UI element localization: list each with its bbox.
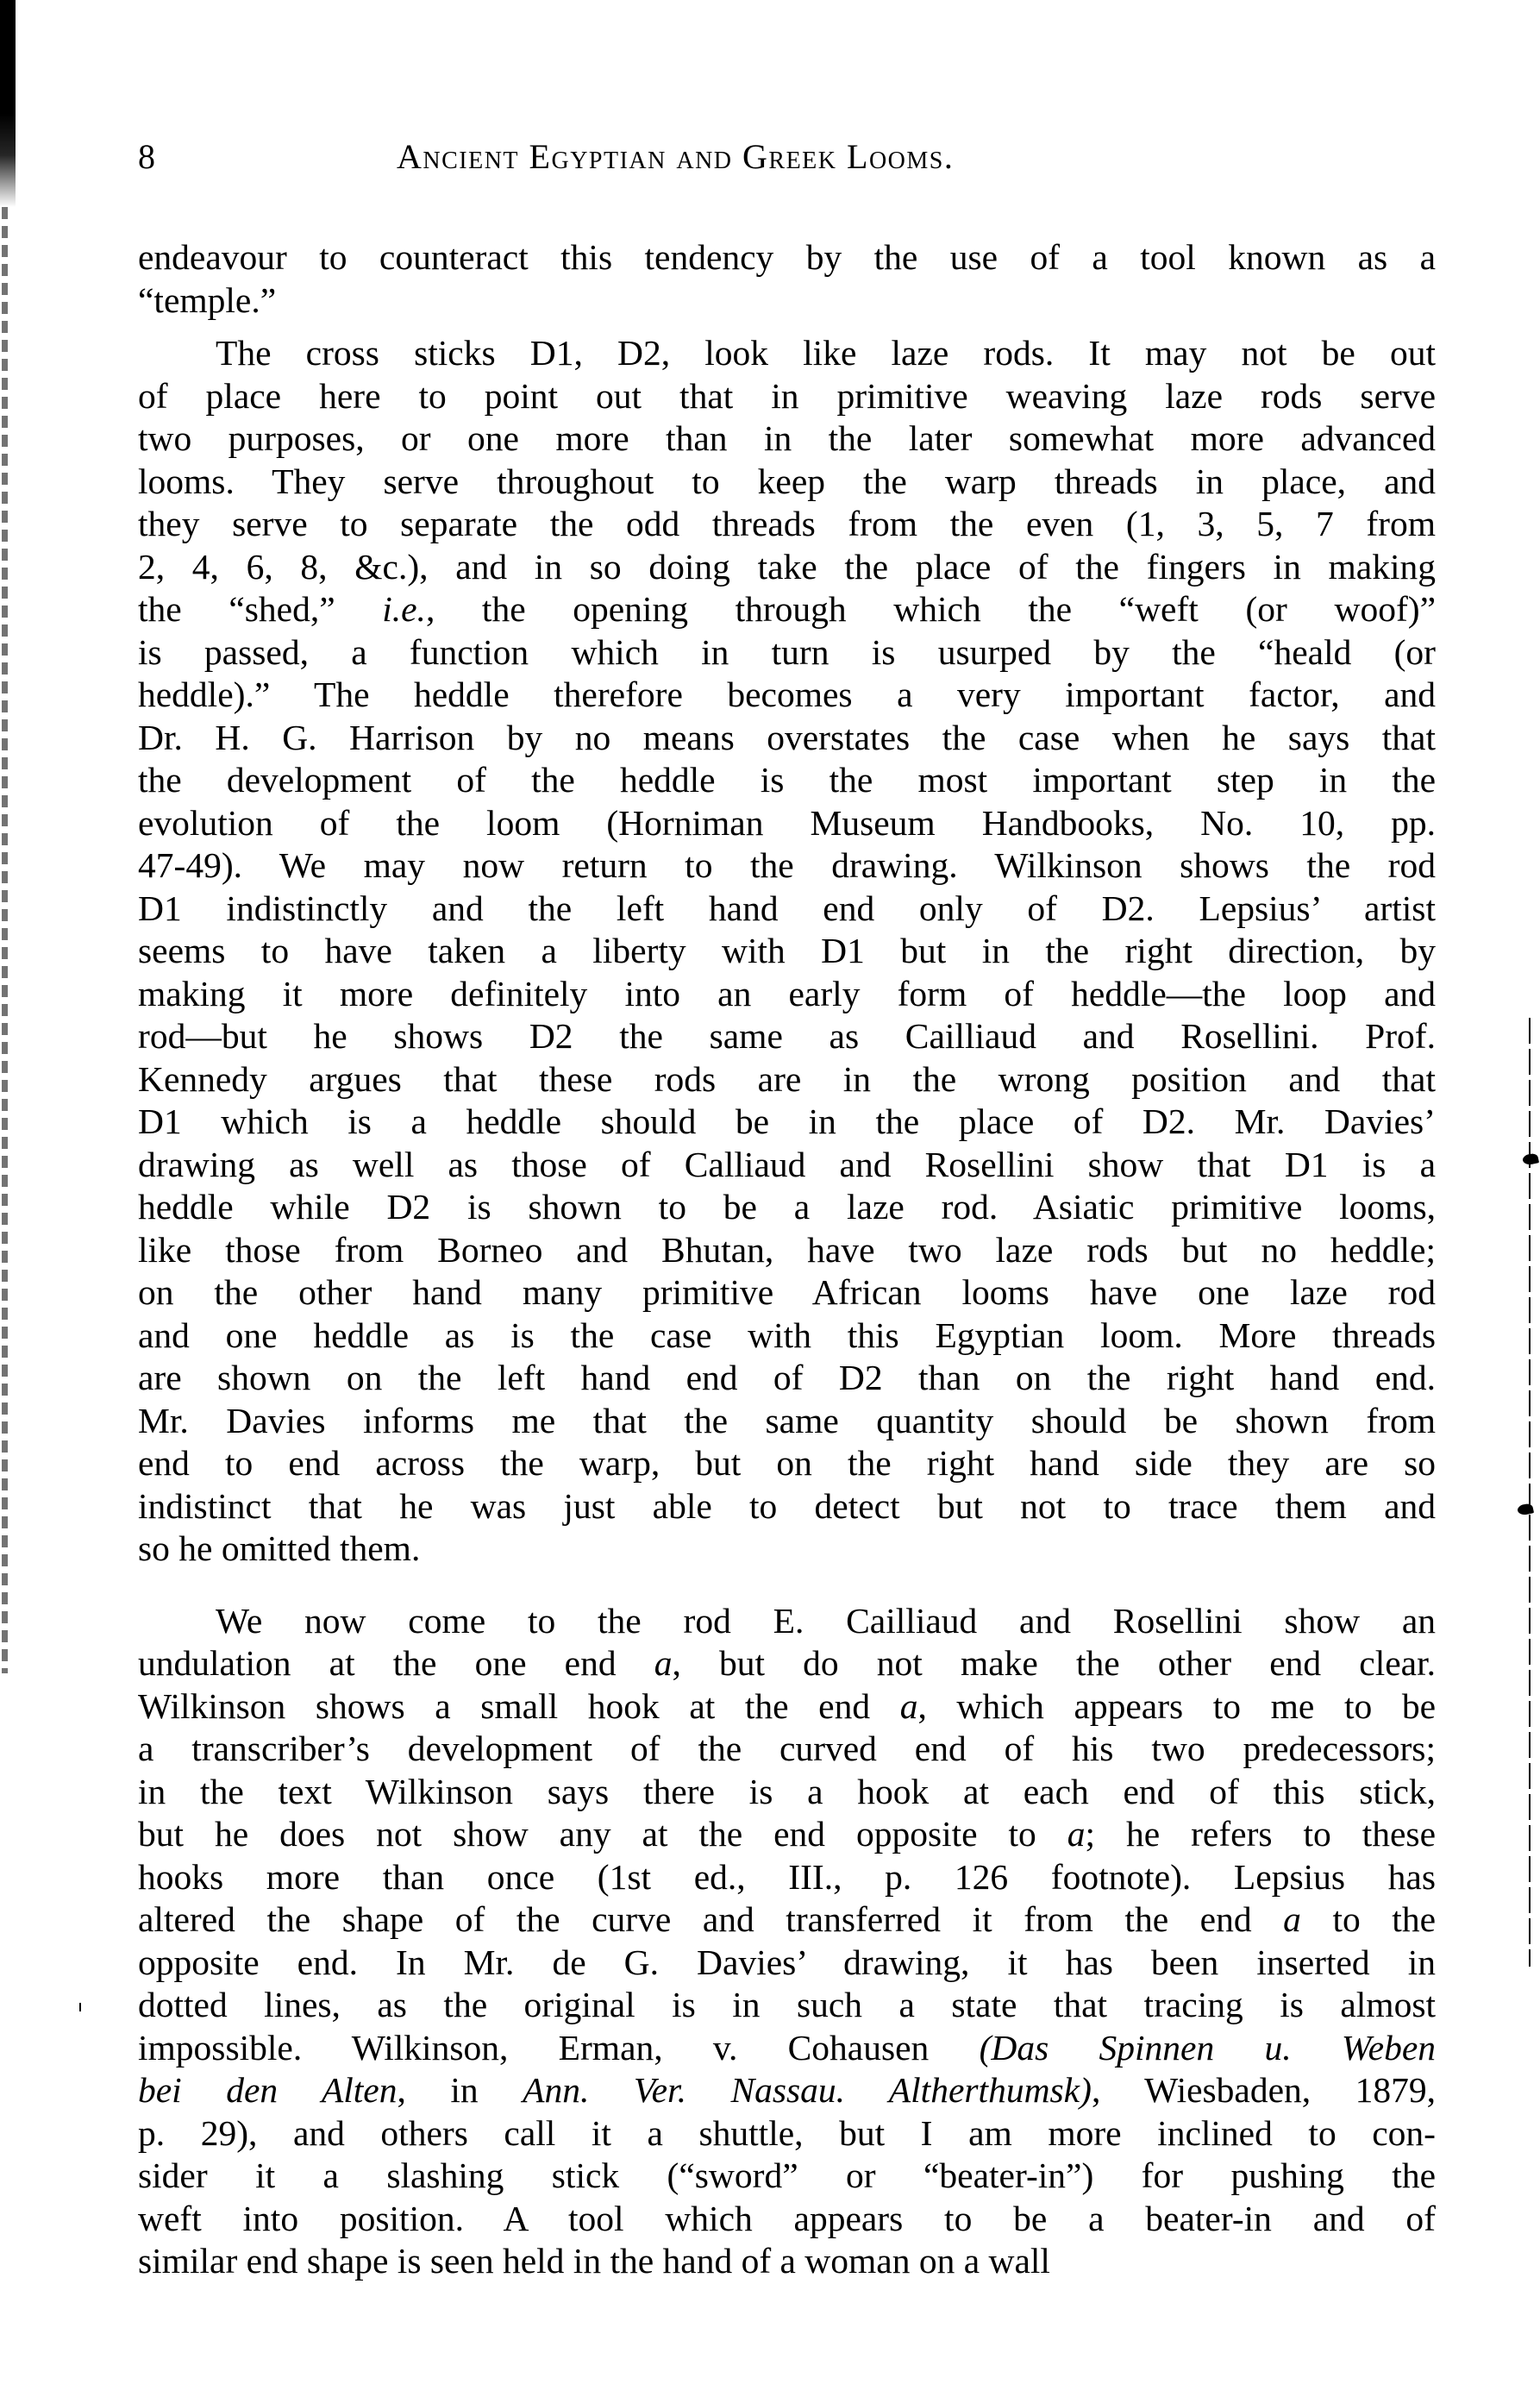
text-line: heddle while D2 is shown to be a laze ro… bbox=[138, 1186, 1436, 1229]
text-line: 47-49). We may now return to the drawing… bbox=[138, 844, 1436, 888]
paragraph: The cross sticks D1, D2, look like laze … bbox=[138, 332, 1436, 1571]
text-line: drawing as well as those of Calliaud and… bbox=[138, 1144, 1436, 1187]
text-line: bei den Alten, in Ann. Ver. Nassau. Alth… bbox=[138, 2069, 1436, 2112]
text-line: the “shed,” i.e., the opening through wh… bbox=[138, 588, 1436, 631]
text-line: of place here to point out that in primi… bbox=[138, 375, 1436, 418]
text-line: the development of the heddle is the mos… bbox=[138, 759, 1436, 802]
text-line: impossible. Wilkinson, Erman, v. Cohause… bbox=[138, 2027, 1436, 2070]
text-line: like those from Borneo and Bhutan, have … bbox=[138, 1229, 1436, 1272]
text-line: they serve to separate the odd threads f… bbox=[138, 503, 1436, 546]
text-line: making it more definitely into an early … bbox=[138, 973, 1436, 1016]
text-line: evolution of the loom (Horniman Museum H… bbox=[138, 802, 1436, 845]
text-line: so he omitted them. bbox=[138, 1528, 1436, 1571]
text-line: are shown on the left hand end of D2 tha… bbox=[138, 1357, 1436, 1400]
text-line: hooks more than once (1st ed., III., p. … bbox=[138, 1856, 1436, 1899]
text-line: is passed, a function which in turn is u… bbox=[138, 631, 1436, 675]
text-line: on the other hand many primitive African… bbox=[138, 1271, 1436, 1315]
text-line: in the text Wilkinson says there is a ho… bbox=[138, 1771, 1436, 1814]
text-line: altered the shape of the curve and trans… bbox=[138, 1898, 1436, 1942]
text-line: sider it a slashing stick (“sword” or “b… bbox=[138, 2155, 1436, 2198]
running-title: Ancient Egyptian and Greek Looms. bbox=[397, 136, 954, 177]
text-line: 2, 4, 6, 8, &c.), and in so doing take t… bbox=[138, 546, 1436, 589]
text-line: heddle).” The heddle therefore becomes a… bbox=[138, 674, 1436, 717]
text-line: dotted lines, as the original is in such… bbox=[138, 1984, 1436, 2027]
text-line: Mr. Davies informs me that the same quan… bbox=[138, 1400, 1436, 1443]
text-line: p. 29), and others call it a shuttle, bu… bbox=[138, 2112, 1436, 2155]
text-line: end to end across the warp, but on the r… bbox=[138, 1442, 1436, 1485]
text-line: and one heddle as is the case with this … bbox=[138, 1315, 1436, 1358]
text-line: Wilkinson shows a small hook at the end … bbox=[138, 1685, 1436, 1729]
body-text: endeavour to counteract this tendency by… bbox=[138, 236, 1436, 2283]
text-line: We now come to the rod E. Cailliaud and … bbox=[138, 1600, 1436, 1643]
book-page: 8 Ancient Egyptian and Greek Looms. ende… bbox=[138, 129, 1436, 2283]
text-line: looms. They serve throughout to keep the… bbox=[138, 461, 1436, 504]
scan-border-left bbox=[0, 0, 16, 207]
text-line: endeavour to counteract this tendency by… bbox=[138, 236, 1436, 279]
paragraph: endeavour to counteract this tendency by… bbox=[138, 236, 1436, 322]
page-number: 8 bbox=[138, 136, 155, 177]
paragraph: We now come to the rod E. Cailliaud and … bbox=[138, 1600, 1436, 2283]
text-line: but he does not show any at the end oppo… bbox=[138, 1813, 1436, 1856]
text-line: D1 which is a heddle should be in the pl… bbox=[138, 1101, 1436, 1144]
text-line: Dr. H. G. Harrison by no means overstate… bbox=[138, 717, 1436, 760]
text-line: “temple.” bbox=[138, 279, 1436, 323]
text-line: similar end shape is seen held in the ha… bbox=[138, 2240, 1436, 2283]
text-line: seems to have taken a liberty with D1 bu… bbox=[138, 930, 1436, 973]
scan-blot-mark bbox=[1522, 1152, 1539, 1165]
text-line: rod—but he shows D2 the same as Cailliau… bbox=[138, 1015, 1436, 1058]
text-line: a transcriber’s development of the curve… bbox=[138, 1728, 1436, 1771]
text-line: The cross sticks D1, D2, look like laze … bbox=[138, 332, 1436, 375]
text-line: indistinct that he was just able to dete… bbox=[138, 1485, 1436, 1528]
scan-border-left-trace bbox=[2, 207, 8, 1673]
running-head: 8 Ancient Egyptian and Greek Looms. bbox=[138, 129, 1436, 181]
text-line: Kennedy argues that these rods are in th… bbox=[138, 1058, 1436, 1101]
text-line: undulation at the one end a, but do not … bbox=[138, 1642, 1436, 1685]
text-line: two purposes, or one more than in the la… bbox=[138, 417, 1436, 461]
text-line: weft into position. A tool which appears… bbox=[138, 2198, 1436, 2241]
scan-speck bbox=[79, 2003, 81, 2011]
text-line: opposite end. In Mr. de G. Davies’ drawi… bbox=[138, 1942, 1436, 1985]
text-line: D1 indistinctly and the left hand end on… bbox=[138, 888, 1436, 931]
scan-blot-mark bbox=[1517, 1503, 1534, 1515]
